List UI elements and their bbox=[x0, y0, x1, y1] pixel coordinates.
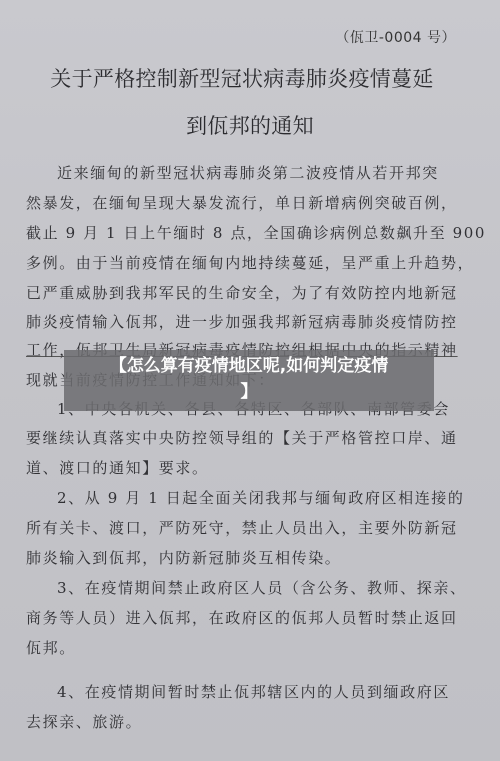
item-1-line: 要继续认真落实中央防控领导组的【关于严格管控口岸、通 bbox=[26, 425, 466, 451]
document-title-line-1: 关于严格控制新型冠状病毒肺炎疫情蔓延 bbox=[0, 63, 492, 93]
item-3-line: 佤邦。 bbox=[26, 635, 466, 661]
item-4-line: 去探亲、旅游。 bbox=[26, 709, 466, 735]
overlay-headline-line-2: 】 bbox=[64, 379, 434, 405]
item-2-line: 2、从 9 月 1 日起全面关闭我邦与缅甸政府区相连接的 bbox=[57, 485, 497, 511]
intro-line: 近来缅甸的新型冠状病毒肺炎第二波疫情从若开邦突 bbox=[57, 160, 497, 186]
overlay-headline-line-1: 【怎么算有疫情地区呢,如何判定疫情 bbox=[64, 353, 434, 379]
item-3-line: 商务等人员）进入佤邦，在政府区的佤邦人员暂时禁止返回 bbox=[26, 605, 466, 631]
document-title-line-2: 到佤邦的通知 bbox=[0, 110, 500, 140]
intro-line: 然暴发，在缅甸呈现大暴发流行，单日新增病例突破百例， bbox=[26, 190, 466, 216]
headline-overlay-banner: 【怎么算有疫情地区呢,如何判定疫情 】 bbox=[64, 350, 434, 411]
intro-line: 肺炎疫情输入佤邦，进一步加强我邦新冠病毒肺炎疫情防控 bbox=[26, 309, 466, 335]
item-3-line: 3、在疫情期间禁止政府区人员（含公务、教师、探亲、 bbox=[57, 575, 497, 601]
document-number: （佤卫-0004 号） bbox=[335, 27, 456, 47]
item-2-line: 所有关卡、渡口，严防死守，禁止人员出入，主要外防新冠 bbox=[26, 515, 466, 541]
item-4-line: 4、在疫情期间暂时禁止佤邦辖区内的人员到缅政府区 bbox=[57, 679, 497, 705]
intro-line: 已严重威胁到我邦军民的生命安全，为了有效防控内地新冠 bbox=[26, 280, 466, 306]
intro-line: 多例。由于当前疫情在缅甸内地持续蔓延，呈严重上升趋势， bbox=[26, 250, 466, 276]
item-2-line: 肺炎输入到佤邦，内防新冠肺炎互相传染。 bbox=[26, 545, 466, 571]
intro-line: 截止 9 月 1 日上午缅时 8 点，全国确诊病例总数飙升至 900 bbox=[26, 220, 466, 246]
item-1-line: 道、渡口的通知】要求。 bbox=[26, 455, 466, 481]
